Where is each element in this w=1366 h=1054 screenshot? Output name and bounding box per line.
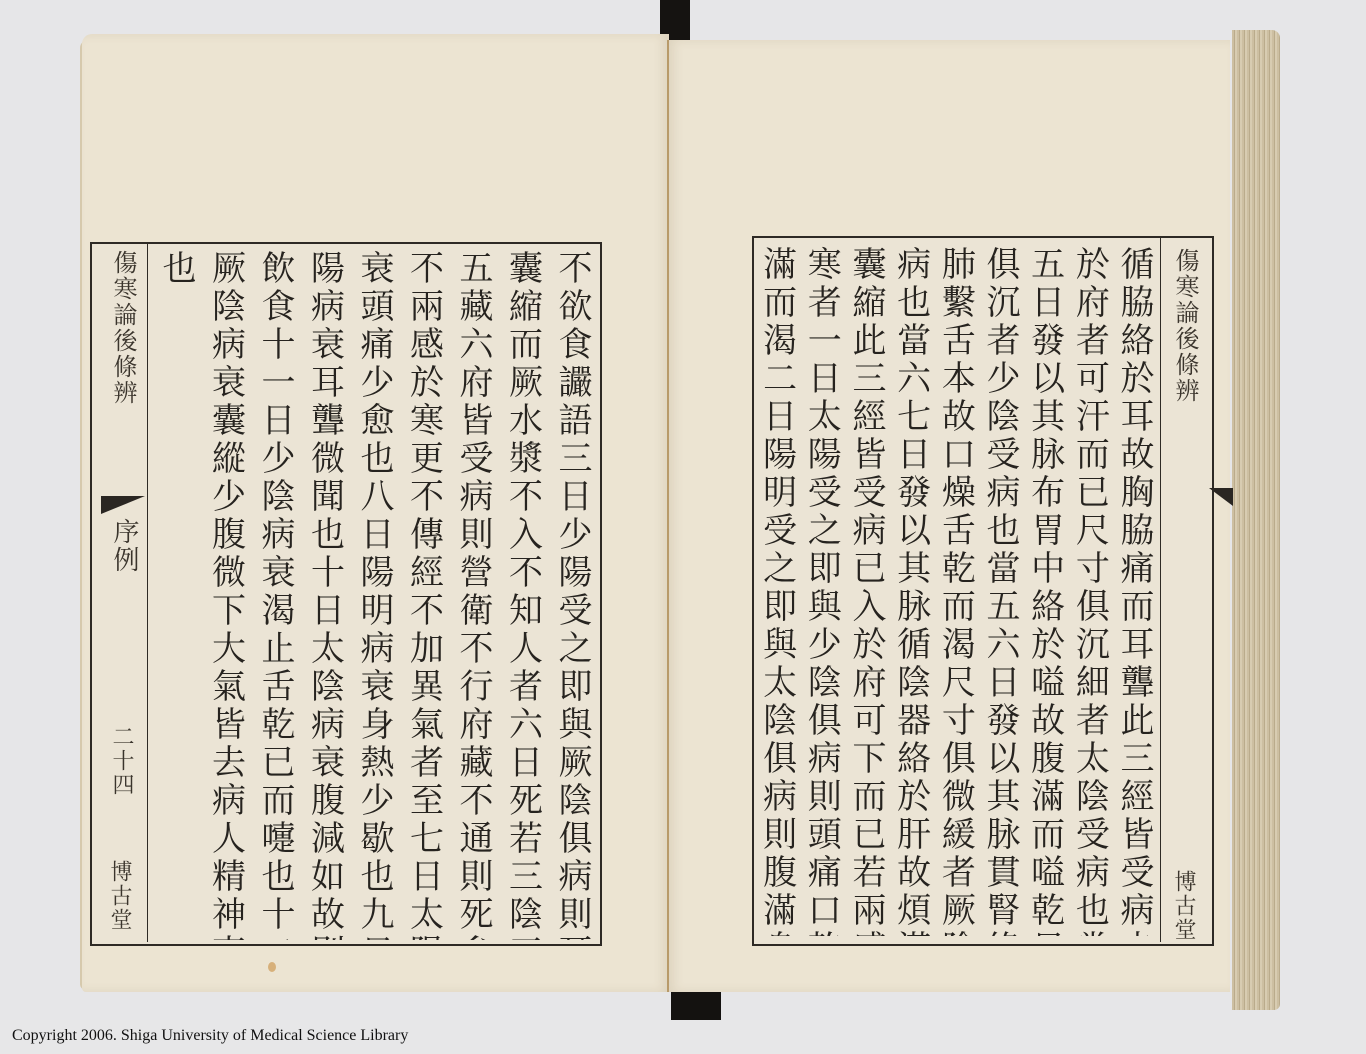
left-text-columns: 不欲食讝語三日少陽受之即與厥陰俱病則耳聾 囊縮而厥水漿不入不知人者六日死若三陰三… xyxy=(150,250,596,940)
paper-stain xyxy=(268,962,276,972)
right-margin-title: 傷寒論後條辨 xyxy=(1168,248,1203,404)
right-fishtail-mark xyxy=(1209,488,1233,506)
left-page-number: 二十四 xyxy=(106,725,137,797)
copyright-notice: Copyright 2006. Shiga University of Medi… xyxy=(12,1027,408,1045)
text-column: 囊縮此三經皆受病已入於府可下而已若兩感於 xyxy=(845,246,890,936)
text-column: 寒者一日太陽受之即與少陰俱病則頭痛口乾煩 xyxy=(801,246,846,936)
text-column: 厥陰病衰囊縱少腹微下大氣皆去病人精神爽慧 xyxy=(200,250,250,940)
text-column: 滿而渴二日陽明受之即與太陰俱病則腹滿身熱 xyxy=(756,246,801,936)
text-column: 陽病衰耳聾微聞也十日太陰病衰腹減如故則思 xyxy=(299,250,349,940)
right-publisher-mark: 博古堂 xyxy=(1168,870,1199,942)
text-column: 於府者可汗而已尺寸俱沉細者太陰受病也當四 xyxy=(1069,246,1114,936)
text-column: 囊縮而厥水漿不入不知人者六日死若三陰三陽 xyxy=(497,250,547,940)
left-margin-rule xyxy=(147,242,148,942)
text-column: 五日發以其脉布胃中絡於嗌故腹滿而嗌乾尺寸 xyxy=(1024,246,1069,936)
left-margin-title: 傷寒論後條辨 xyxy=(106,250,141,406)
text-column: 飲食十一日少陰病衰渴止舌乾已而嚏也十二日 xyxy=(250,250,300,940)
text-column: 循脇絡於耳故胸脇痛而耳聾此三經皆受病未入 xyxy=(1113,246,1158,936)
right-text-columns: 循脇絡於耳故胸脇痛而耳聾此三經皆受病未入 於府者可汗而已尺寸俱沉細者太陰受病也當… xyxy=(756,246,1158,936)
right-margin-rule xyxy=(1160,236,1161,942)
text-column: 不兩感於寒更不傳經不加異氣者至七日太陽病 xyxy=(398,250,448,940)
text-column: 衰頭痛少愈也八日陽明病衰身熱少歇也九日少 xyxy=(349,250,399,940)
bookmark-ribbon-bottom xyxy=(671,992,721,1020)
right-fore-edge xyxy=(1232,30,1280,1010)
scan-background: 傷寒論後條辨 序例 二十四 博古堂 不欲食讝語三日少陽受之即與厥陰俱病則耳聾 囊… xyxy=(0,0,1366,1020)
text-column: 俱沉者少陰受病也當五六日發以其脉貫腎絡於 xyxy=(979,246,1024,936)
book-gutter xyxy=(667,40,669,992)
text-column: 肺繫舌本故口燥舌乾而渴尺寸俱微緩者厥陰受 xyxy=(935,246,980,936)
text-column: 不欲食讝語三日少陽受之即與厥陰俱病則耳聾 xyxy=(547,250,597,940)
left-margin-section: 序例 xyxy=(106,518,143,574)
left-fishtail-mark xyxy=(101,496,145,514)
text-column: 五藏六府皆受病則營衛不行府藏不通則死矣其 xyxy=(448,250,498,940)
text-column: 病也當六七日發以其脉循陰器絡於肝故煩滿而 xyxy=(890,246,935,936)
left-publisher-mark: 博古堂 xyxy=(104,860,135,932)
text-column: 也 xyxy=(151,250,201,940)
